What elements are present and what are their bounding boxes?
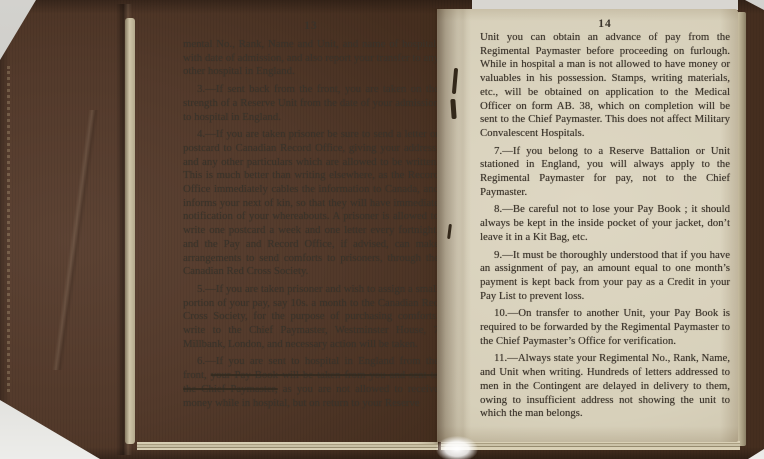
cover-crease (34, 110, 114, 370)
paragraph-11: 11.—Always state your Regimental No., Ra… (480, 352, 730, 421)
paragraph-6: 6.—If you are sent to hospital in Englan… (183, 355, 437, 410)
paragraph-6-continuation: Unit you can obtain an advance of pay fr… (480, 31, 730, 141)
paragraph-5: 5.—If you are taken prisoner and wish to… (183, 283, 437, 352)
page-edges-bottom-left (137, 442, 438, 450)
page-number-right: 14 (480, 18, 730, 30)
paragraph-8: 8.—Be careful not to lose your Pay Book … (480, 203, 730, 244)
paragraph-4: 4.—If you are taken prisoner be sure to … (183, 128, 437, 279)
paragraph-9: 9.—It must be thoroughly understood that… (480, 249, 730, 304)
page-number-left: 13 (183, 20, 437, 32)
paragraph-7: 7.—If you belong to a Reserve Battalion … (480, 145, 730, 200)
paybook-photo: 13 mental No., Rank, Name and Unit, and … (0, 0, 764, 459)
light-reflection (436, 436, 478, 459)
left-page-text: mental No., Rank, Name and Unit, and nam… (183, 38, 437, 414)
page-edges-right (737, 12, 746, 446)
left-page: 13 mental No., Rank, Name and Unit, and … (134, 13, 437, 443)
cover-edge-stitching (7, 66, 10, 392)
paragraph-10: 10.—On transfer to another Unit, your Pa… (480, 307, 730, 348)
right-page: 14 Unit you can obtain an advance of pay… (437, 9, 738, 442)
paragraph-3: 3.—If sent back from the front, you are … (183, 83, 437, 124)
paragraph-2-continuation: mental No., Rank, Name and Unit, and nam… (183, 38, 437, 79)
right-page-text: Unit you can obtain an advance of pay fr… (480, 31, 730, 425)
page-edges-bottom-right (441, 441, 740, 450)
